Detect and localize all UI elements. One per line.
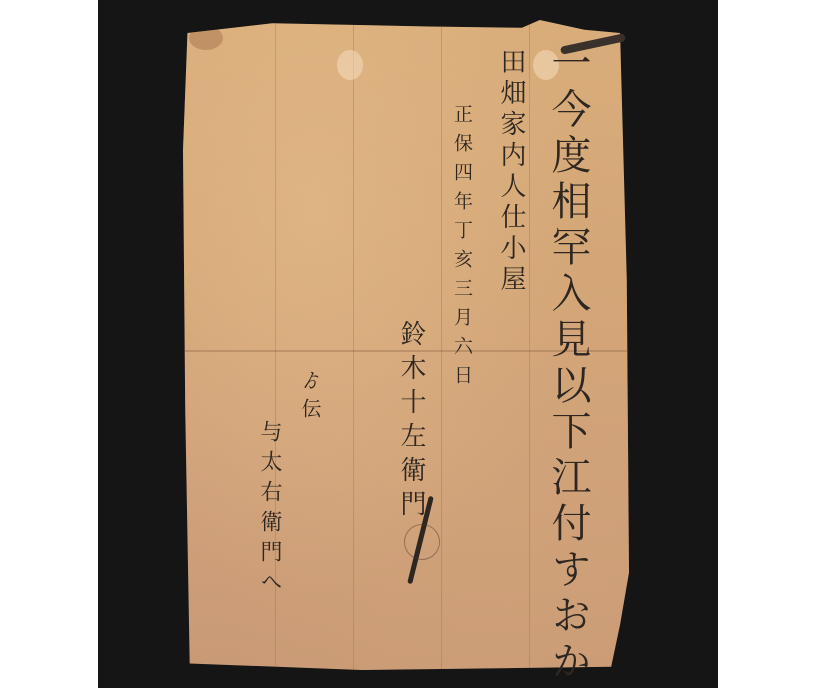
addressee-column: 与太右衛門へ bbox=[258, 420, 280, 600]
worm-hole-spot bbox=[337, 50, 363, 80]
fold-line bbox=[441, 20, 442, 670]
signature-column: 鈴木十左衛門 bbox=[398, 320, 424, 524]
seal-mark bbox=[404, 524, 440, 560]
text-column-2: 田畑家内人仕小屋 bbox=[498, 48, 524, 296]
text-column-1: 一今度相罕入見以下江付すおか bbox=[548, 42, 588, 686]
text-column-5: ゟ伝 bbox=[300, 370, 320, 426]
date-column: 正保四年丁亥三月六日 bbox=[452, 104, 471, 394]
fold-line bbox=[529, 20, 530, 670]
fold-line bbox=[353, 20, 354, 670]
